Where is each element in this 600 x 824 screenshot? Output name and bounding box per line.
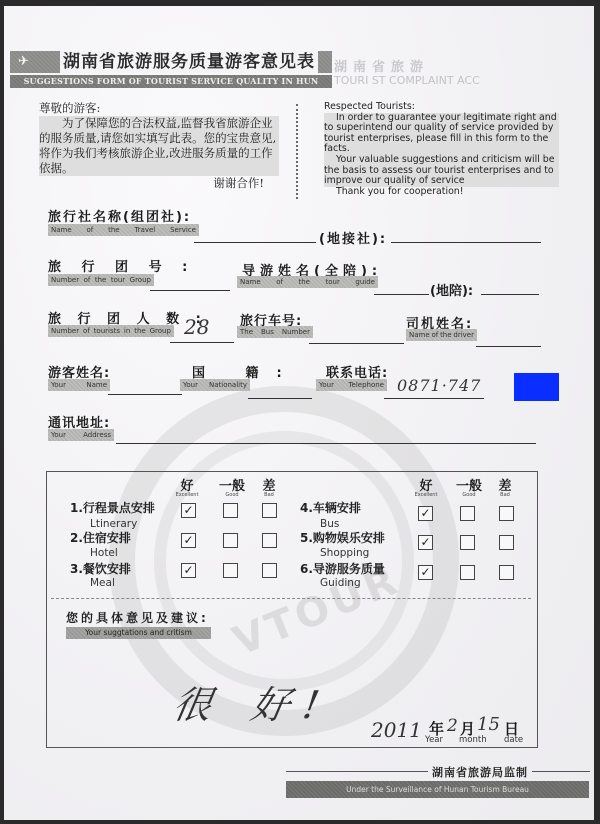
group-size-value: 28	[184, 315, 209, 339]
checkbox-guiding-good[interactable]	[460, 565, 475, 580]
rating-item-6-en: Guiding	[320, 577, 361, 589]
intro-en: Respected Tourists: In order to guarante…	[324, 102, 559, 197]
checkbox-bus-good[interactable]	[460, 506, 475, 521]
driver-field[interactable]	[476, 346, 541, 347]
phone-value: 0871·747	[397, 376, 481, 395]
crane-icon: ✈	[18, 54, 36, 70]
checkbox-meal-good[interactable]	[223, 563, 238, 578]
rating-item-2-label: 2.住宿安排	[70, 529, 131, 546]
guide-field[interactable]	[374, 294, 429, 295]
rating-item-3-en: Meal	[90, 577, 115, 589]
address-label-en: YourAddress	[48, 429, 114, 441]
checkbox-hotel-good[interactable]	[223, 533, 238, 548]
intro-cn-body: 为了保障您的合法权益,监督我省旅游企业的服务质量,请您如实填写此表。您的宝贵意见…	[39, 116, 279, 176]
intro-en-p1: In order to guarantee your legitimate ri…	[324, 113, 559, 155]
checkbox-hotel-excellent[interactable]: ✓	[181, 533, 196, 548]
checkbox-hotel-bad[interactable]	[262, 533, 277, 548]
footer-rule-right	[532, 771, 590, 772]
intro-en-greeting: Respected Tourists:	[324, 102, 559, 113]
rating-col-good-right: 一般Good	[451, 475, 487, 498]
form-title-cn: 湖南省旅游服务质量游客意见表	[60, 51, 318, 73]
phone-field[interactable]	[384, 398, 484, 399]
footer-en: Under the Surveillance of Hunan Tourism …	[286, 781, 589, 798]
guide-label-en: Nameofthetourguide	[237, 276, 378, 288]
group-no-label: 旅 行 团 号 :	[48, 256, 195, 275]
rating-item-5-en: Shopping	[320, 547, 369, 559]
rating-col-excellent-left: 好Excellent	[172, 475, 202, 498]
checkbox-itinerary-excellent[interactable]: ✓	[181, 503, 196, 518]
name-field[interactable]	[108, 394, 182, 395]
rating-item-1-label: 1.行程景点安排	[70, 499, 155, 516]
checkbox-shopping-bad[interactable]	[499, 535, 514, 550]
nationality-label-en: YourNationality	[180, 379, 250, 391]
rating-col-bad-left: 差Bad	[254, 475, 284, 498]
intro-en-p2: Your valuable suggestions and criticism …	[324, 155, 559, 187]
suggestions-divider	[51, 598, 531, 599]
name-label-en: YourName	[48, 379, 110, 391]
local-guide-label: (地陪):	[430, 280, 473, 299]
address-field[interactable]	[116, 443, 536, 444]
local-agency-field[interactable]	[391, 242, 541, 243]
suggestions-handwritten-text[interactable]: 很 好!	[169, 674, 338, 729]
checkbox-itinerary-bad[interactable]	[262, 503, 277, 518]
bleed-through-subtitle: TOURI ST COMPLAINT ACC	[334, 74, 480, 87]
rating-item-3-label: 3.餐饮安排	[70, 560, 131, 577]
checkbox-bus-bad[interactable]	[499, 506, 514, 521]
form-page: VTOUR ✈ 湖南省旅游服务质量游客意见表 SUGGESTIONS FORM …	[4, 6, 594, 820]
rating-col-excellent-right: 好Excellent	[411, 475, 441, 498]
suggestions-label: 您的具体意见及建议:	[66, 609, 209, 626]
intro-cn: 尊敬的游客: 为了保障您的合法权益,监督我省旅游企业的服务质量,请您如实填写此表…	[39, 101, 279, 191]
rating-col-bad-right: 差Bad	[490, 475, 520, 498]
agency-label-en: NameoftheTravelService	[48, 224, 199, 236]
footer-cn: 湖南省旅游局监制	[432, 764, 528, 780]
phone-label-en: YourTelephone	[316, 379, 387, 391]
group-size-label-en: NumberoftouristsintheGroup	[48, 325, 174, 337]
checkbox-meal-bad[interactable]	[262, 563, 277, 578]
footer-rule-left	[286, 771, 428, 772]
checkbox-meal-excellent[interactable]: ✓	[181, 563, 196, 578]
bus-no-label-en: TheBusNumber	[237, 326, 313, 338]
driver-label-en: Nameofthedriver	[406, 329, 477, 341]
rating-col-good-left: 一般Good	[214, 475, 250, 498]
bleed-through-title: 湖南省旅游	[334, 56, 429, 75]
local-agency-label: (地接社):	[319, 228, 387, 247]
date-year-value: 2011	[371, 718, 422, 742]
group-no-field[interactable]	[150, 290, 230, 291]
date-day-value: 15	[477, 714, 500, 735]
checkbox-shopping-good[interactable]	[460, 535, 475, 550]
checkbox-guiding-bad[interactable]	[499, 565, 514, 580]
rating-item-4-label: 4.车辆安排	[300, 499, 361, 516]
agency-label: 旅行社名称(组团社):	[48, 206, 191, 225]
header-title-bar: ✈ 湖南省旅游服务质量游客意见表	[10, 51, 332, 73]
date-month-value: 2	[447, 716, 458, 736]
date-month-en: month	[459, 735, 487, 745]
date-year-en: Year	[425, 735, 443, 745]
checkbox-itinerary-good[interactable]	[223, 503, 238, 518]
agency-field[interactable]	[194, 242, 316, 243]
intro-cn-greeting: 尊敬的游客:	[39, 101, 279, 116]
bus-no-field[interactable]	[309, 343, 404, 344]
local-guide-field[interactable]	[481, 294, 539, 295]
intro-cn-thanks: 谢谢合作!	[39, 176, 279, 191]
rating-item-2-en: Hotel	[90, 547, 118, 559]
rating-item-6-label: 6.导游服务质量	[300, 560, 385, 577]
rating-item-5-label: 5.购物娱乐安排	[300, 529, 385, 546]
intro-divider	[296, 104, 298, 199]
nationality-field[interactable]	[248, 398, 312, 399]
phone-redaction-box	[514, 373, 559, 401]
checkbox-bus-excellent[interactable]: ✓	[418, 506, 433, 521]
group-size-field[interactable]	[170, 342, 234, 343]
group-no-label-en: NumberofthetourGroup	[48, 274, 154, 286]
checkbox-shopping-excellent[interactable]: ✓	[418, 535, 433, 550]
form-title-en: SUGGESTIONS FORM OF TOURIST SERVICE QUAL…	[10, 75, 332, 88]
date-day-en: date	[504, 735, 523, 745]
checkbox-guiding-excellent[interactable]: ✓	[418, 565, 433, 580]
intro-en-thanks: Thank you for cooperation!	[324, 187, 559, 198]
suggestions-label-en: Your suggtations and critism	[66, 627, 211, 639]
